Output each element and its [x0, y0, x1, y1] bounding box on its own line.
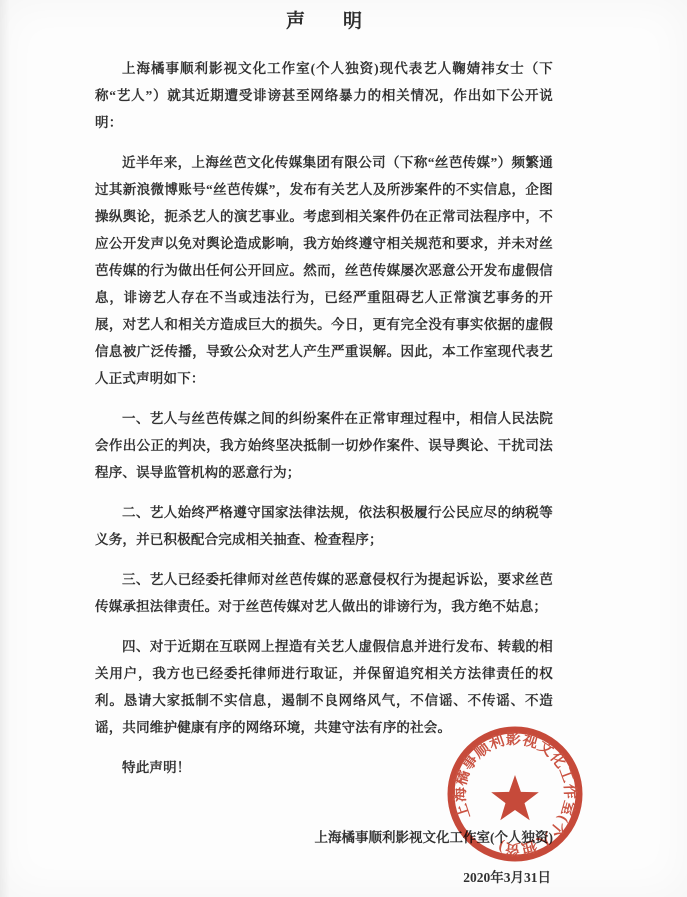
signature-name: 上海橘事顺利影视文化工作室(个人独资) — [95, 824, 553, 851]
signature-block: 上海橘事顺利影视文化工作室(个人独资) 2020年3月31日 — [95, 824, 553, 891]
document-title: 声 明 — [95, 10, 553, 34]
background-paragraph: 近半年来，上海丝芭文化传媒集团有限公司（下称“丝芭传媒”）频繁通过其新浪微博账号… — [95, 149, 553, 392]
statement-item-4: 四、对于近期在互联网上捏造有关艺人虚假信息并进行发布、转载的相关用户，我方也已经… — [95, 633, 553, 741]
statement-page: 声 明 上海橘事顺利影视文化工作室(个人独资)现代表艺人鞠婧祎女士（下称“艺人”… — [0, 0, 687, 897]
intro-paragraph: 上海橘事顺利影视文化工作室(个人独资)现代表艺人鞠婧祎女士（下称“艺人”）就其近… — [95, 55, 553, 136]
closing-line: 特此声明！ — [95, 754, 553, 781]
statement-item-1: 一、艺人与丝芭传媒之间的纠纷案件在正常审理过程中，相信人民法院会作出公正的判决，… — [95, 405, 553, 486]
statement-item-3: 三、艺人已经委托律师对丝芭传媒的恶意侵权行为提起诉讼，要求丝芭传媒承担法律责任。… — [95, 566, 553, 620]
statement-item-2: 二、艺人始终严格遵守国家法律法规，依法积极履行公民应尽的纳税等义务，并已积极配合… — [95, 499, 553, 553]
statement-body: 声 明 上海橘事顺利影视文化工作室(个人独资)现代表艺人鞠婧祎女士（下称“艺人”… — [95, 10, 553, 891]
signature-date: 2020年3月31日 — [95, 864, 553, 891]
